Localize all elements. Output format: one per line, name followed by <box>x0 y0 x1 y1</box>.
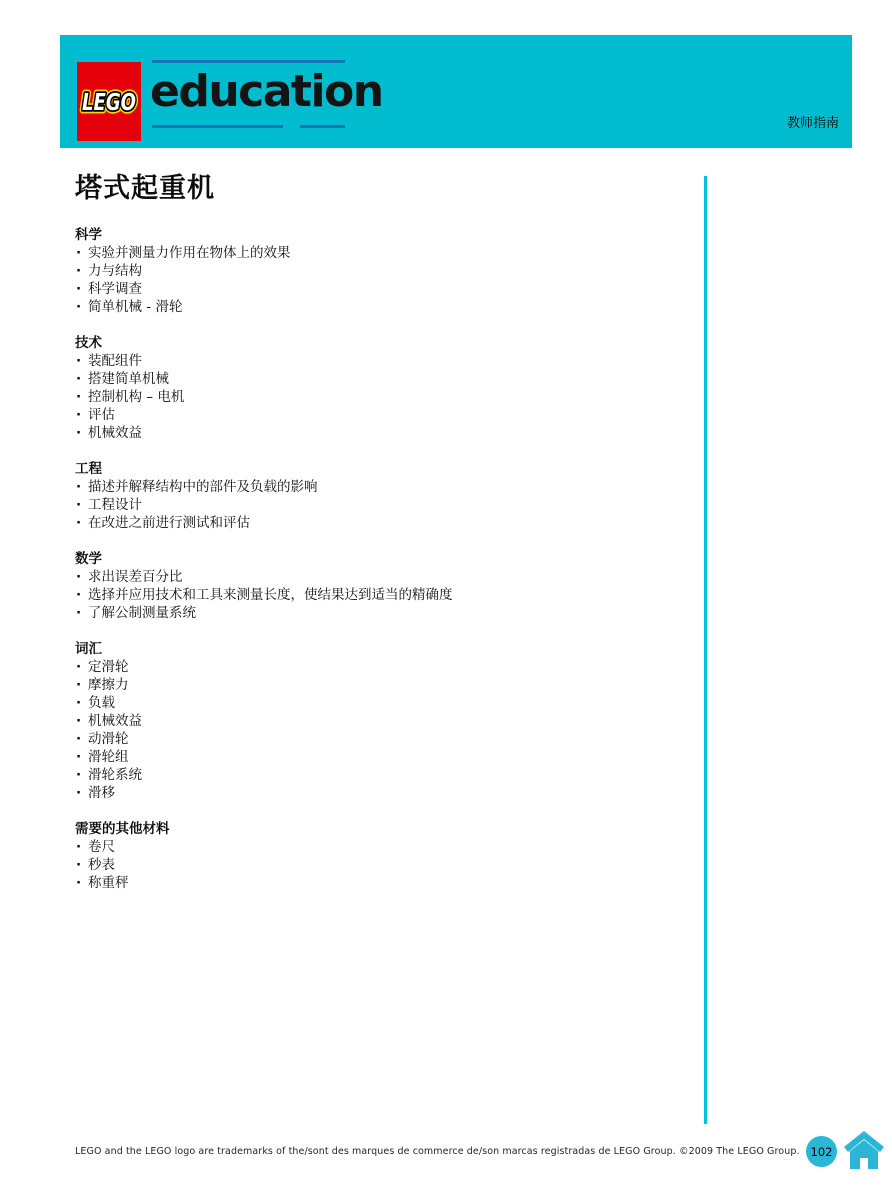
list-item: 搭建简单机械 <box>75 370 655 388</box>
list-item: 秒表 <box>75 856 655 874</box>
list-item: 装配组件 <box>75 352 655 370</box>
section-heading: 需要的其他材料 <box>75 820 655 838</box>
list-item: 实验并测量力作用在物体上的效果 <box>75 244 655 262</box>
legal-text: LEGO and the LEGO logo are trademarks of… <box>75 1146 800 1157</box>
list-item: 负载 <box>75 694 655 712</box>
list-item: 力与结构 <box>75 262 655 280</box>
bullet-list: 装配组件搭建简单机械控制机构 – 电机评估机械效益 <box>75 352 655 442</box>
section-heading: 工程 <box>75 460 655 478</box>
list-item: 动滑轮 <box>75 730 655 748</box>
svg-text:LEGO: LEGO <box>82 90 136 116</box>
list-item: 选择并应用技术和工具来测量长度，使结果达到适当的精确度 <box>75 586 655 604</box>
header-band: LEGO LEGO LEGO education 教师指南 <box>60 35 852 148</box>
list-item: 摩擦力 <box>75 676 655 694</box>
doc-type-label: 教师指南 <box>787 112 839 131</box>
list-item: 控制机构 – 电机 <box>75 388 655 406</box>
page-title: 塔式起重机 <box>75 166 215 205</box>
bullet-list: 实验并测量力作用在物体上的效果力与结构科学调查简单机械 - 滑轮 <box>75 244 655 316</box>
list-item: 工程设计 <box>75 496 655 514</box>
list-item: 滑轮系统 <box>75 766 655 784</box>
lego-logo-icon: LEGO LEGO LEGO <box>77 62 141 141</box>
content-section: 工程 描述并解释结构中的部件及负载的影响工程设计在改进之前进行测试和评估 <box>75 460 655 532</box>
list-item: 滑移 <box>75 784 655 802</box>
list-item: 了解公制测量系统 <box>75 604 655 622</box>
home-icon[interactable] <box>842 1128 886 1172</box>
list-item: 科学调查 <box>75 280 655 298</box>
page-number-badge: 102 <box>806 1136 837 1167</box>
sections: 科学 实验并测量力作用在物体上的效果力与结构科学调查简单机械 - 滑轮 技术 装… <box>75 226 655 910</box>
wordmark-rule-bottom-left <box>152 125 283 128</box>
list-item: 简单机械 - 滑轮 <box>75 298 655 316</box>
list-item: 评估 <box>75 406 655 424</box>
bullet-list: 卷尺秒表称重秤 <box>75 838 655 892</box>
content-section: 科学 实验并测量力作用在物体上的效果力与结构科学调查简单机械 - 滑轮 <box>75 226 655 316</box>
page-number: 102 <box>811 1145 833 1159</box>
section-heading: 科学 <box>75 226 655 244</box>
section-heading: 数学 <box>75 550 655 568</box>
wordmark-rule-top <box>152 60 345 63</box>
content-section: 技术 装配组件搭建简单机械控制机构 – 电机评估机械效益 <box>75 334 655 442</box>
list-item: 定滑轮 <box>75 658 655 676</box>
list-item: 机械效益 <box>75 424 655 442</box>
content-section: 数学 求出误差百分比选择并应用技术和工具来测量长度，使结果达到适当的精确度了解公… <box>75 550 655 622</box>
list-item: 卷尺 <box>75 838 655 856</box>
content-section: 词汇 定滑轮摩擦力负载机械效益动滑轮滑轮组滑轮系统滑移 <box>75 640 655 802</box>
list-item: 描述并解释结构中的部件及负载的影响 <box>75 478 655 496</box>
education-wordmark: education <box>150 66 383 119</box>
bullet-list: 求出误差百分比选择并应用技术和工具来测量长度，使结果达到适当的精确度了解公制测量… <box>75 568 655 622</box>
section-heading: 词汇 <box>75 640 655 658</box>
bullet-list: 描述并解释结构中的部件及负载的影响工程设计在改进之前进行测试和评估 <box>75 478 655 532</box>
column-divider <box>704 176 707 1124</box>
teacher-guide-page: LEGO LEGO LEGO education 教师指南 塔式起重机 科学 实… <box>0 0 892 1190</box>
bullet-list: 定滑轮摩擦力负载机械效益动滑轮滑轮组滑轮系统滑移 <box>75 658 655 802</box>
list-item: 求出误差百分比 <box>75 568 655 586</box>
content-section: 需要的其他材料 卷尺秒表称重秤 <box>75 820 655 892</box>
wordmark-rule-bottom-right <box>300 125 345 128</box>
section-heading: 技术 <box>75 334 655 352</box>
list-item: 滑轮组 <box>75 748 655 766</box>
list-item: 在改进之前进行测试和评估 <box>75 514 655 532</box>
list-item: 机械效益 <box>75 712 655 730</box>
list-item: 称重秤 <box>75 874 655 892</box>
